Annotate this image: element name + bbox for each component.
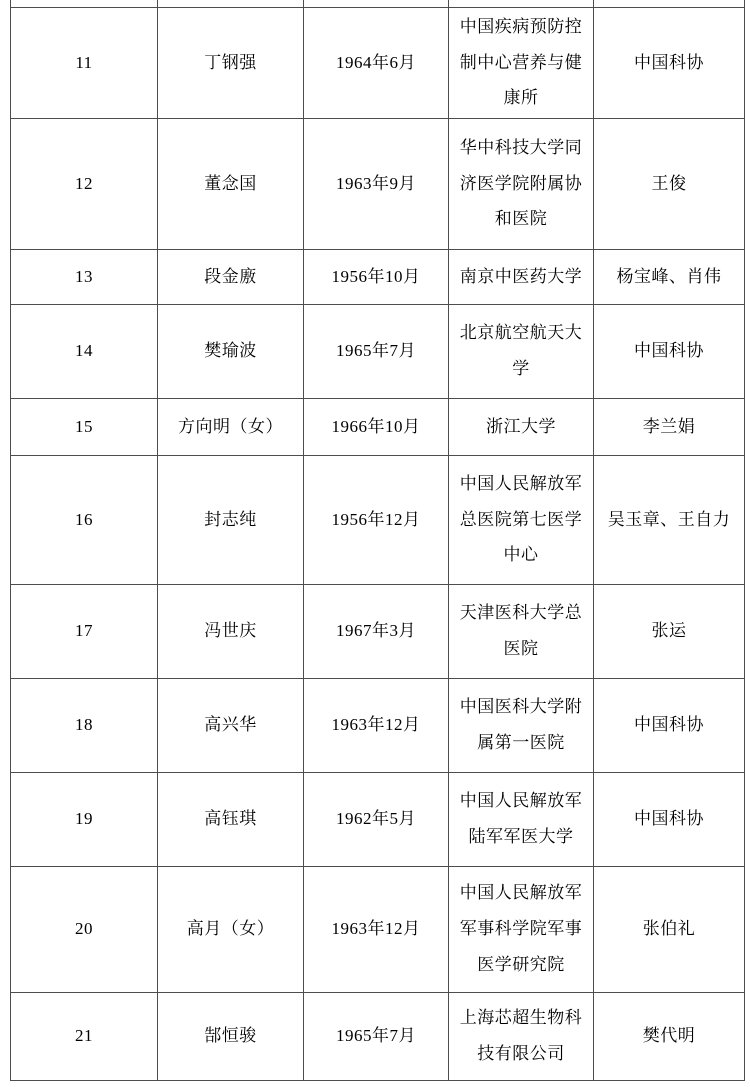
cell-name: 方向明（女） [158, 398, 304, 455]
cell-name: 丁钢强 [158, 7, 304, 118]
table-row: 14 樊瑜波 1965年7月 北京航空航天大 学 中国科协 [11, 304, 745, 398]
table-row: 16 封志纯 1956年12月 中国人民解放军 总医院第七医学 中心 吴玉章、王… [11, 455, 745, 584]
partial-row [11, 0, 745, 7]
cell-empty [11, 0, 158, 7]
cell-institution: 南京中医药大学 [449, 249, 594, 304]
table-row: 20 高月（女） 1963年12月 中国人民解放军 军事科学院军事 医学研究院 … [11, 866, 745, 992]
cell-birth: 1963年12月 [304, 678, 449, 772]
table-row: 19 高钰琪 1962年5月 中国人民解放军 陆军军医大学 中国科协 [11, 772, 745, 866]
cell-birth: 1963年12月 [304, 866, 449, 992]
cell-institution: 上海芯超生物科 技有限公司 [449, 992, 594, 1080]
cell-name: 段金廒 [158, 249, 304, 304]
cell-recommender: 杨宝峰、肖伟 [594, 249, 745, 304]
cell-no: 18 [11, 678, 158, 772]
cell-name: 樊瑜波 [158, 304, 304, 398]
cell-birth: 1965年7月 [304, 992, 449, 1080]
cell-institution: 天津医科大学总 医院 [449, 584, 594, 678]
cell-no: 15 [11, 398, 158, 455]
table-row: 18 高兴华 1963年12月 中国医科大学附 属第一医院 中国科协 [11, 678, 745, 772]
cell-name: 封志纯 [158, 455, 304, 584]
cell-name: 冯世庆 [158, 584, 304, 678]
cell-institution: 中国疾病预防控 制中心营养与健 康所 [449, 7, 594, 118]
candidates-table: 11 丁钢强 1964年6月 中国疾病预防控 制中心营养与健 康所 中国科协 1… [10, 0, 745, 1081]
cell-institution: 北京航空航天大 学 [449, 304, 594, 398]
cell-institution: 中国人民解放军 总医院第七医学 中心 [449, 455, 594, 584]
cell-recommender: 中国科协 [594, 772, 745, 866]
cell-institution: 浙江大学 [449, 398, 594, 455]
cell-institution: 中国人民解放军 陆军军医大学 [449, 772, 594, 866]
cell-no: 16 [11, 455, 158, 584]
cell-no: 14 [11, 304, 158, 398]
cell-recommender: 樊代明 [594, 992, 745, 1080]
cell-recommender: 吴玉章、王自力 [594, 455, 745, 584]
cell-no: 13 [11, 249, 158, 304]
cell-institution: 华中科技大学同 济医学院附属协 和医院 [449, 118, 594, 249]
cell-birth: 1965年7月 [304, 304, 449, 398]
cell-name: 董念国 [158, 118, 304, 249]
cell-recommender: 张伯礼 [594, 866, 745, 992]
cell-institution: 中国人民解放军 军事科学院军事 医学研究院 [449, 866, 594, 992]
cell-recommender: 中国科协 [594, 678, 745, 772]
cell-recommender: 中国科协 [594, 7, 745, 118]
table-row: 17 冯世庆 1967年3月 天津医科大学总 医院 张运 [11, 584, 745, 678]
table-row: 11 丁钢强 1964年6月 中国疾病预防控 制中心营养与健 康所 中国科协 [11, 7, 745, 118]
cell-name: 郜恒骏 [158, 992, 304, 1080]
table-row: 15 方向明（女） 1966年10月 浙江大学 李兰娟 [11, 398, 745, 455]
cell-birth: 1963年9月 [304, 118, 449, 249]
cell-recommender: 李兰娟 [594, 398, 745, 455]
cell-empty [158, 0, 304, 7]
cell-institution: 中国医科大学附 属第一医院 [449, 678, 594, 772]
cell-recommender: 王俊 [594, 118, 745, 249]
table-row: 21 郜恒骏 1965年7月 上海芯超生物科 技有限公司 樊代明 [11, 992, 745, 1080]
cell-birth: 1964年6月 [304, 7, 449, 118]
cell-name: 高钰琪 [158, 772, 304, 866]
cell-no: 11 [11, 7, 158, 118]
cell-name: 高兴华 [158, 678, 304, 772]
cell-birth: 1956年12月 [304, 455, 449, 584]
table-row: 13 段金廒 1956年10月 南京中医药大学 杨宝峰、肖伟 [11, 249, 745, 304]
cell-empty [304, 0, 449, 7]
cell-birth: 1967年3月 [304, 584, 449, 678]
cell-birth: 1962年5月 [304, 772, 449, 866]
cell-no: 17 [11, 584, 158, 678]
cell-recommender: 中国科协 [594, 304, 745, 398]
cell-birth: 1956年10月 [304, 249, 449, 304]
document-page: 11 丁钢强 1964年6月 中国疾病预防控 制中心营养与健 康所 中国科协 1… [0, 0, 750, 1087]
cell-no: 19 [11, 772, 158, 866]
cell-empty [449, 0, 594, 7]
cell-empty [594, 0, 745, 7]
cell-no: 12 [11, 118, 158, 249]
table-row: 12 董念国 1963年9月 华中科技大学同 济医学院附属协 和医院 王俊 [11, 118, 745, 249]
cell-birth: 1966年10月 [304, 398, 449, 455]
cell-no: 20 [11, 866, 158, 992]
cell-no: 21 [11, 992, 158, 1080]
cell-recommender: 张运 [594, 584, 745, 678]
cell-name: 高月（女） [158, 866, 304, 992]
